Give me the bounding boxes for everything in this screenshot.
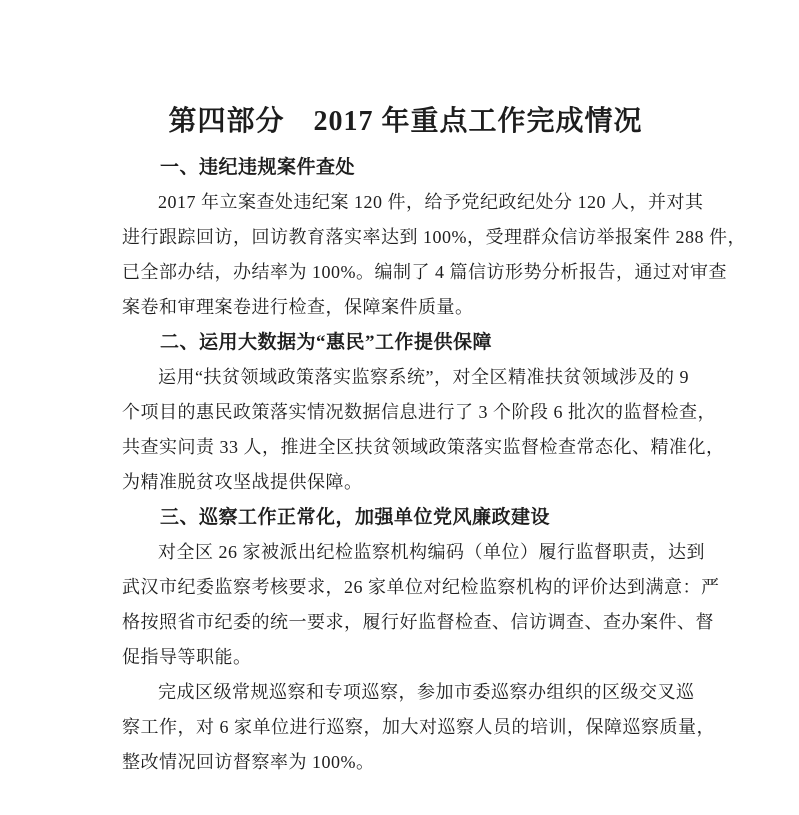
text-line: 进行跟踪回访，回访教育落实率达到 100%，受理群众信访举报案件 288 件， bbox=[122, 220, 689, 255]
text-line: 完成区级常规巡察和专项巡察，参加市委巡察办组织的区级交叉巡 bbox=[122, 675, 689, 710]
paragraph: 对全区 26 家被派出纪检监察机构编码（单位）履行监督职责，达到 武汉市纪委监察… bbox=[122, 535, 689, 675]
text-line: 2017 年立案查处违纪案 120 件，给予党纪政纪处分 120 人，并对其 bbox=[122, 185, 689, 220]
text-line: 对全区 26 家被派出纪检监察机构编码（单位）履行监督职责，达到 bbox=[122, 535, 689, 570]
text-line: 运用“扶贫领域政策落实监察系统”，对全区精准扶贫领域涉及的 9 bbox=[122, 360, 689, 395]
page-title: 第四部分 2017 年重点工作完成情况 bbox=[122, 100, 689, 144]
paragraph: 完成区级常规巡察和专项巡察，参加市委巡察办组织的区级交叉巡 察工作，对 6 家单… bbox=[122, 675, 689, 780]
text-line: 促指导等职能。 bbox=[122, 640, 689, 675]
text-line: 整改情况回访督察率为 100%。 bbox=[122, 745, 689, 780]
text-line: 武汉市纪委监察考核要求，26 家单位对纪检监察机构的评价达到满意：严 bbox=[122, 570, 689, 605]
text-line: 为精准脱贫攻坚战提供保障。 bbox=[122, 465, 689, 500]
paragraph: 运用“扶贫领域政策落实监察系统”，对全区精准扶贫领域涉及的 9 个项目的惠民政策… bbox=[122, 360, 689, 500]
section-heading-1: 一、违纪违规案件查处 bbox=[122, 150, 689, 185]
text-line: 已全部办结，办结率为 100%。编制了 4 篇信访形势分析报告，通过对审查 bbox=[122, 255, 689, 290]
text-line: 察工作，对 6 家单位进行巡察，加大对巡察人员的培训，保障巡察质量， bbox=[122, 710, 689, 745]
document-page: 第四部分 2017 年重点工作完成情况 一、违纪违规案件查处 2017 年立案查… bbox=[0, 0, 799, 815]
section-heading-3: 三、巡察工作正常化，加强单位党风廉政建设 bbox=[122, 500, 689, 535]
text-line: 共查实问责 33 人，推进全区扶贫领域政策落实监督检查常态化、精准化， bbox=[122, 430, 689, 465]
paragraph: 2017 年立案查处违纪案 120 件，给予党纪政纪处分 120 人，并对其 进… bbox=[122, 185, 689, 325]
text-line: 个项目的惠民政策落实情况数据信息进行了 3 个阶段 6 批次的监督检查， bbox=[122, 395, 689, 430]
section-heading-2: 二、运用大数据为“惠民”工作提供保障 bbox=[122, 325, 689, 360]
text-line: 案卷和审理案卷进行检查，保障案件质量。 bbox=[122, 290, 689, 325]
text-line: 格按照省市纪委的统一要求，履行好监督检查、信访调查、查办案件、督 bbox=[122, 605, 689, 640]
